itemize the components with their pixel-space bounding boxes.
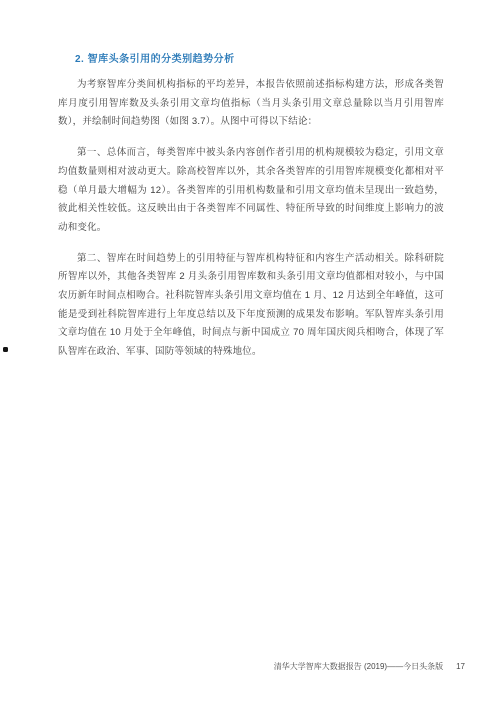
body-paragraph-2: 第一、总体而言，每类智库中被头条内容创作者引用的机构规模较为稳定，引用文章均值数…: [58, 144, 444, 238]
section-heading: 2. 智库头条引用的分类别趋势分析: [58, 53, 444, 67]
margin-dot-artifact: [3, 347, 8, 352]
page-content: 2. 智库头条引用的分类别趋势分析 为考察智库分类间机构指标的平均差异，本报告依…: [58, 53, 444, 374]
footer-report-title: 清华大学智库大数据报告 (2019)——今日头条版: [274, 661, 443, 672]
footer-page-number: 17: [456, 661, 465, 672]
page-footer: 清华大学智库大数据报告 (2019)——今日头条版 17: [274, 661, 465, 672]
body-paragraph-1: 为考察智库分类间机构指标的平均差异，本报告依照前述指标构建方法，形成各类智库月度…: [58, 76, 444, 132]
document-page: 2. 智库头条引用的分类别趋势分析 为考察智库分类间机构指标的平均差异，本报告依…: [0, 0, 500, 707]
body-paragraph-3: 第二、智库在时间趋势上的引用特征与智库机构特征和内容生产活动相关。除科研院所智库…: [58, 250, 444, 362]
